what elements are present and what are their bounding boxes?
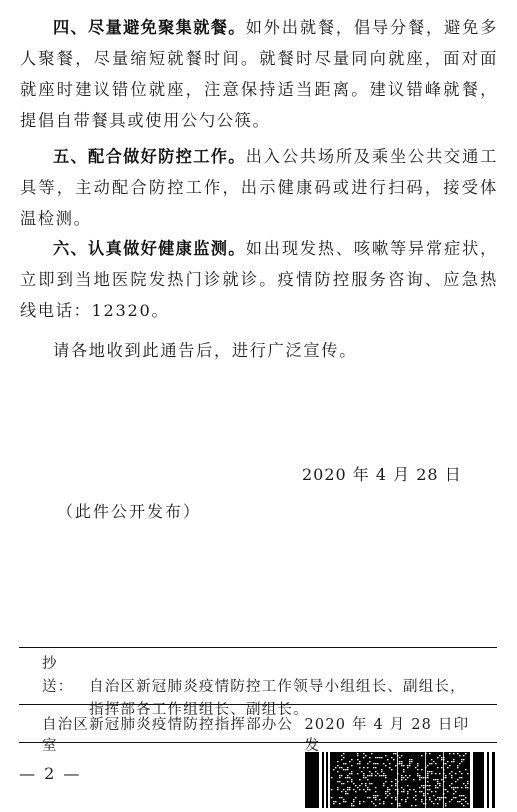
paragraph-closing: 请各地收到此通告后，进行广泛宣传。 (20, 335, 498, 366)
issue-date: 2020 年 4 月 28 日印发 (304, 713, 482, 755)
issuer-row: 自治区新冠肺炎疫情防控指挥部办公室 2020 年 4 月 28 日印发 (42, 713, 482, 755)
page-number: — 2 — (19, 764, 81, 783)
section-heading: 五、配合做好防控工作。 (53, 147, 246, 166)
divider-bottom (19, 742, 497, 743)
section-heading: 四、尽量避免聚集就餐。 (53, 18, 246, 37)
cc-block: 抄送：自治区新冠肺炎疫情防控工作领导小组组长、副组长， 指挥部各工作组组长、副组… (42, 653, 466, 722)
paragraph-section-4: 四、尽量避免聚集就餐。如外出就餐，倡导分餐，避免多人聚餐，尽量缩短就餐时间。就餐… (20, 12, 498, 136)
divider-middle (19, 704, 497, 705)
signature-date: 2020 年 4 月 28 日 (302, 462, 462, 485)
document-page: 四、尽量避免聚集就餐。如外出就餐，倡导分餐，避免多人聚餐，尽量缩短就餐时间。就餐… (0, 0, 517, 812)
publish-note: （此件公开发布） (57, 499, 201, 522)
issuer-name: 自治区新冠肺炎疫情防控指挥部办公室 (42, 713, 304, 755)
section-heading: 六、认真做好健康监测。 (53, 239, 246, 258)
cc-label: 抄送： (42, 653, 89, 699)
cc-recipients-1: 自治区新冠肺炎疫情防控工作领导小组组长、副组长， (89, 679, 466, 695)
divider-top (19, 647, 497, 648)
paragraph-section-5: 五、配合做好防控工作。出入公共场所及乘坐公共交通工具等，主动配合防控工作，出示健… (20, 141, 498, 234)
cc-line-1: 抄送：自治区新冠肺炎疫情防控工作领导小组组长、副组长， (42, 653, 466, 699)
paragraph-section-6: 六、认真做好健康监测。如出现发热、咳嗽等异常症状，立即到当地医院发热门诊就诊。疫… (20, 233, 498, 326)
pdf417-barcode-icon (305, 752, 495, 808)
closing-text: 请各地收到此通告后，进行广泛宣传。 (53, 341, 357, 360)
